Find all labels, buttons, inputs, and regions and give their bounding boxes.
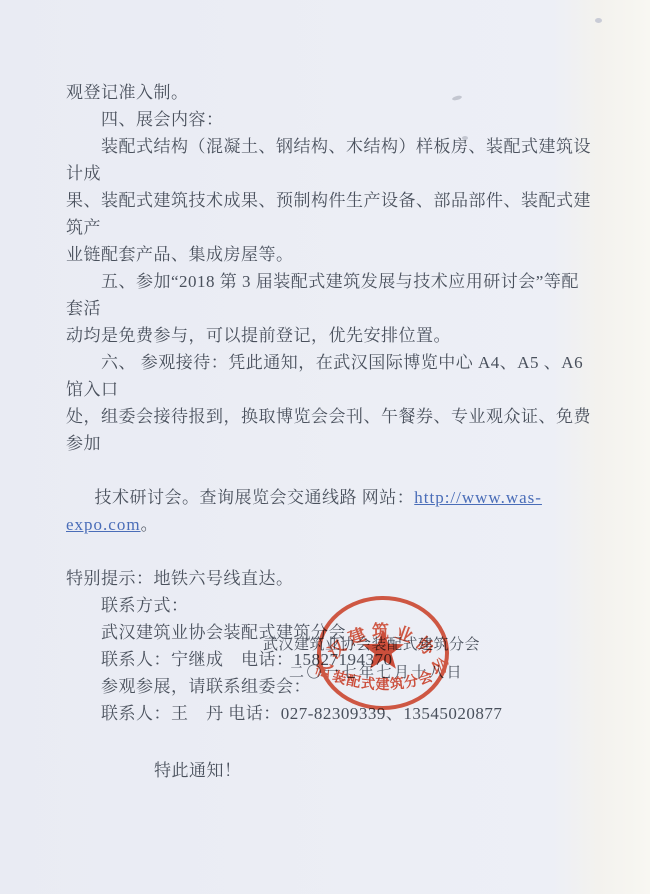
website-label: 技术研讨会。查询展览会交通线路 网站：: [95, 488, 415, 507]
body-line: 果、装配式建筑技术成果、预制构件生产设备、部品部件、装配式建筑产: [66, 187, 594, 241]
website-suffix: 。: [141, 515, 159, 534]
scanned-notice-page: 观登记准入制。 四、展会内容： 装配式结构（混凝土、钢结构、木结构）样板房、装配…: [0, 0, 650, 894]
section-heading-4: 四、展会内容：: [66, 106, 594, 133]
scan-speck: [595, 18, 602, 23]
seal-bottom-text: 装配式建筑分会: [330, 668, 435, 693]
section-heading-5: 五、参加“2018 第 3 届装配式建筑发展与技术应用研讨会”等配套活: [66, 268, 594, 322]
svg-text:装配式建筑分会: 装配式建筑分会: [330, 668, 435, 693]
body-line: 装配式结构（混凝土、钢结构、木结构）样板房、装配式建筑设计成: [66, 133, 594, 187]
hereby-notice: 特此通知！: [154, 757, 594, 784]
official-seal: 武汉建筑业协会 装配式建筑分会: [311, 593, 455, 717]
website-line: 技术研讨会。查询展览会交通线路 网站：http://www.was-expo.c…: [66, 457, 594, 565]
section-heading-6: 六、 参观接待：凭此通知，在武汉国际博览中心 A4、A5 、A6 馆入口: [66, 349, 594, 403]
body-line: 动均是免费参与，可以提前登记，优先安排位置。: [66, 322, 594, 349]
body-line: 处，组委会接待报到，换取博览会会刊、午餐券、专业观众证、免费参加: [66, 403, 594, 457]
body-line: 业链配套产品、集成房屋等。: [66, 241, 594, 268]
special-note-line: 特别提示：地铁六号线直达。: [66, 565, 594, 592]
scan-speck: [462, 136, 468, 140]
body-line: 观登记准入制。: [66, 79, 594, 106]
